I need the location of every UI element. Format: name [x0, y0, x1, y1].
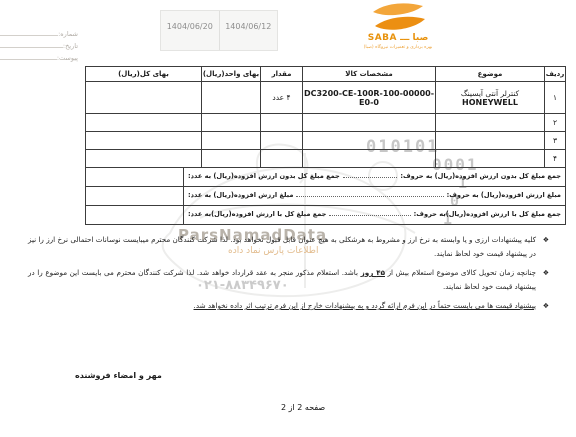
- total-price-cell[interactable]: [86, 150, 202, 168]
- date-value-left: 1404/06/20: [161, 11, 219, 50]
- row-number-cell: ۴: [545, 150, 566, 168]
- subject-line1: کنترلر آنتی آیسینگ: [436, 89, 544, 98]
- date-fill-line: [0, 47, 63, 48]
- diamond-bullet-icon: ❖: [536, 233, 549, 261]
- meta-attachment-row: پیوست:: [0, 51, 80, 62]
- saba-logo-text: صبا ـــ SABA: [338, 34, 458, 44]
- table-row: ۲: [86, 114, 566, 132]
- note-delivery-terms: ❖ چنانچه زمان تحویل کالای موضوع استعلام …: [28, 266, 549, 294]
- unit-price-cell[interactable]: [202, 150, 261, 168]
- table-row: ۴: [86, 150, 566, 168]
- page-number: صفحه 2 از 2: [281, 403, 325, 412]
- total-without-vat-row: جمع مبلغ کل بدون ارزش افزوده(ریال) به حر…: [86, 168, 566, 187]
- note-currency-terms: ❖ کلیه پیشنهادات ارزی و یا وابسته به نرخ…: [28, 233, 549, 261]
- col-header-spec: مشخصات کالا: [303, 67, 436, 82]
- date-label: تاریخ:: [63, 42, 80, 50]
- spec-cell[interactable]: [303, 132, 436, 150]
- qty-cell: ۴ عدد: [261, 82, 303, 114]
- attachment-fill-line: [0, 59, 57, 60]
- col-header-unit-price: بهای واحد(ریال): [202, 67, 261, 82]
- row-number-cell: ۱: [545, 82, 566, 114]
- total-with-vat-labels: جمع مبلغ کل با ارزش افزوده(ریال)به حروف:…: [184, 206, 566, 225]
- meta-number-row: شماره:: [0, 27, 80, 38]
- unit-price-cell[interactable]: [202, 114, 261, 132]
- spec-cell[interactable]: [303, 114, 436, 132]
- number-label: شماره:: [58, 30, 80, 38]
- row-number-cell: ۳: [545, 132, 566, 150]
- subject-cell[interactable]: [436, 114, 545, 132]
- goods-table: ردیف موضوع مشخصات کالا مقدار بهای واحد(ر…: [85, 66, 566, 168]
- subject-cell[interactable]: [436, 150, 545, 168]
- fill-dots: [343, 177, 398, 178]
- terms-notes: ❖ کلیه پیشنهادات ارزی و یا وابسته به نرخ…: [28, 233, 549, 319]
- vat-amount-labels: مبلغ ارزش افزوده(ریال) به حروف: مبلغ ارز…: [184, 187, 566, 206]
- subject-cell: کنترلر آنتی آیسینگ HONEYWELL: [436, 82, 545, 114]
- spec-cell: DC3200-CE-100R-100-00000-E0-0: [303, 82, 436, 114]
- attachment-label: پیوست:: [57, 54, 80, 62]
- qty-cell[interactable]: [261, 114, 303, 132]
- total-with-vat-words-label: جمع مبلغ کل با ارزش افزوده(ریال)به حروف:: [414, 210, 561, 220]
- table-row: ۳: [86, 132, 566, 150]
- spec-cell[interactable]: [303, 150, 436, 168]
- number-fill-line: [0, 35, 58, 36]
- total-with-vat-row: جمع مبلغ کل با ارزش افزوده(ریال)به حروف:…: [86, 206, 566, 225]
- fill-dots: [329, 215, 410, 216]
- diamond-bullet-icon: ❖: [536, 266, 549, 294]
- inquiry-form-page: 010101 0001 1 0 1 ParsNamadData اطلاعات …: [0, 0, 576, 437]
- total-without-vat-labels: جمع مبلغ کل بدون ارزش افزوده(ریال) به حر…: [184, 168, 566, 187]
- unit-price-cell[interactable]: [202, 82, 261, 114]
- table-row: ۱ کنترلر آنتی آیسینگ HONEYWELL DC3200-CE…: [86, 82, 566, 114]
- date-value-right: 1404/06/12: [219, 11, 278, 50]
- vat-amount-row: مبلغ ارزش افزوده(ریال) به حروف: مبلغ ارز…: [86, 187, 566, 206]
- total-without-vat-amount-box[interactable]: [86, 168, 184, 187]
- total-without-vat-words-label: جمع مبلغ کل بدون ارزش افزوده(ریال) به حر…: [400, 172, 561, 182]
- vat-words-label: مبلغ ارزش افزوده(ریال) به حروف:: [447, 191, 561, 201]
- note-form-submission: ❖ پیشنهاد قیمت ها می بایست حتماً در این …: [28, 299, 549, 314]
- col-header-subject: موضوع: [436, 67, 545, 82]
- vat-digits-label: مبلغ ارزش افزوده(ریال) به عدد:: [188, 191, 293, 201]
- vat-amount-box[interactable]: [86, 187, 184, 206]
- qty-cell[interactable]: [261, 150, 303, 168]
- total-price-cell[interactable]: [86, 114, 202, 132]
- total-with-vat-amount-box[interactable]: [86, 206, 184, 225]
- col-header-row-number: ردیف: [545, 67, 566, 82]
- saba-logo-tagline: بهره برداری و تعمیرات نیروگاه (صبا): [338, 45, 458, 50]
- subject-cell[interactable]: [436, 132, 545, 150]
- company-logo: صبا ـــ SABA بهره برداری و تعمیرات نیروگ…: [338, 2, 458, 50]
- goods-table-header-row: ردیف موضوع مشخصات کالا مقدار بهای واحد(ر…: [86, 67, 566, 82]
- total-without-vat-digits-label: جمع مبلغ کل بدون ارزش افزوده(ریال) به عد…: [188, 172, 340, 182]
- col-header-total-price: بهای کل(ریال): [86, 67, 202, 82]
- row-number-cell: ۲: [545, 114, 566, 132]
- total-price-cell[interactable]: [86, 82, 202, 114]
- seller-signature-label: مهر و امضاء فروشنده: [75, 371, 162, 380]
- subject-line2: HONEYWELL: [436, 98, 544, 107]
- unit-price-cell[interactable]: [202, 132, 261, 150]
- meta-date-row: تاریخ:: [0, 39, 80, 50]
- fill-dots: [296, 196, 443, 197]
- diamond-bullet-icon: ❖: [536, 299, 549, 314]
- total-price-cell[interactable]: [86, 132, 202, 150]
- total-with-vat-digits-label: جمع مبلغ کل با ارزش افزوده(ریال)به عدد:: [188, 210, 326, 220]
- dates-panel: 1404/06/20 1404/06/12: [160, 10, 278, 51]
- saba-swirl-icon: [367, 2, 429, 34]
- totals-table: جمع مبلغ کل بدون ارزش افزوده(ریال) به حر…: [85, 167, 566, 225]
- col-header-qty: مقدار: [261, 67, 303, 82]
- qty-cell[interactable]: [261, 132, 303, 150]
